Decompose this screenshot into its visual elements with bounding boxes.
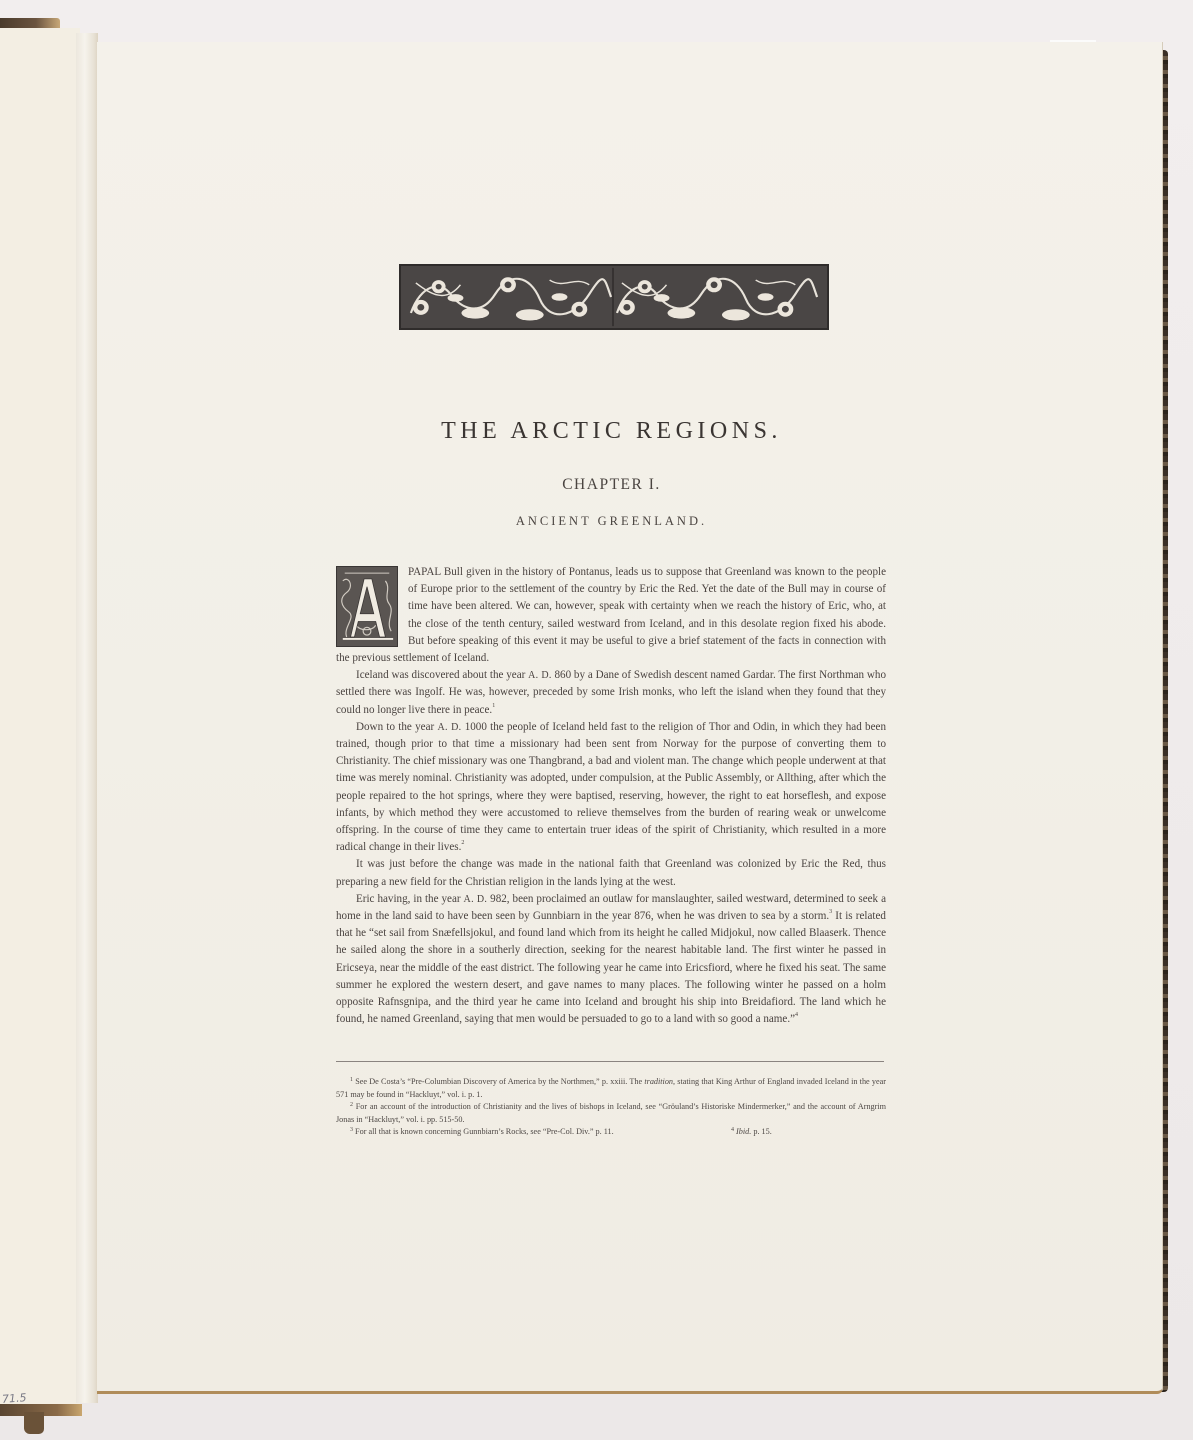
footnote-ref: 4 xyxy=(795,1012,798,1018)
paragraph: Iceland was discovered about the year A.… xyxy=(336,667,886,719)
book-gutter xyxy=(76,33,98,1403)
footnotes: 1 See De Costa’s “Pre-Columbian Discover… xyxy=(336,1076,886,1139)
pencil-margin-note: 71.5 xyxy=(2,1391,27,1406)
left-page xyxy=(0,28,80,1408)
footnote-4: 4 Ibid. p. 15. xyxy=(731,1126,886,1139)
footnote-divider xyxy=(336,1061,884,1062)
footnote-ref: 1 xyxy=(492,703,495,709)
paragraph: Eric having, in the year A. D. 982, been… xyxy=(336,891,886,1029)
chapter-heading: CHAPTER I. xyxy=(0,476,1193,494)
book-cover-damage xyxy=(24,1412,44,1434)
paragraph: Down to the year A. D. 1000 the people o… xyxy=(336,719,886,857)
footnote-ref: 2 xyxy=(461,840,464,846)
chapter-title: ANCIENT GREENLAND. xyxy=(0,514,1193,529)
footnote-3: 3 For all that is known concerning Gunnb… xyxy=(336,1126,731,1139)
page-title: THE ARCTIC REGIONS. xyxy=(0,418,1193,445)
floral-ornament-band-icon xyxy=(399,264,829,330)
footnote-1: 1 See De Costa’s “Pre-Columbian Discover… xyxy=(336,1076,886,1101)
drop-cap-a-icon xyxy=(336,566,398,647)
paragraph: It was just before the change was made i… xyxy=(336,856,886,890)
paragraph: PAPAL Bull given in the history of Ponta… xyxy=(336,564,886,667)
body-text: PAPAL Bull given in the history of Ponta… xyxy=(336,564,886,1028)
footnote-2: 2 For an account of the introduction of … xyxy=(336,1101,886,1126)
